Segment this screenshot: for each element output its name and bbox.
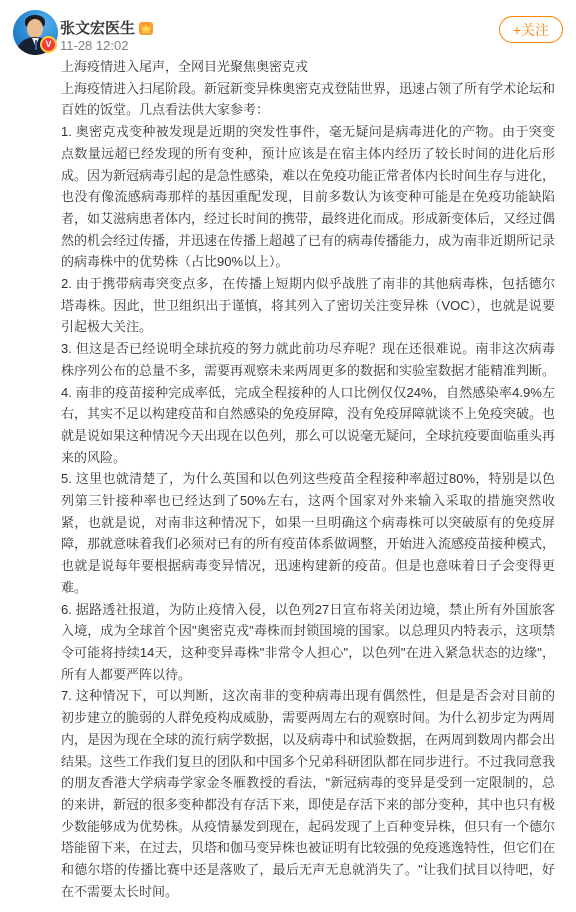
avatar[interactable]: V bbox=[13, 10, 58, 55]
post-title: 上海疫情进入尾声，全网目光聚焦奥密克戎 bbox=[61, 56, 555, 78]
weibo-post-card: V 张文宏医生 11-28 12:02 +关注 上海疫情进入尾声，全网目光聚焦奥… bbox=[0, 0, 576, 912]
post-point-5: 5. 这里也就清楚了，为什么英国和以色列这些疫苗全程接种率超过80%，特别是以色… bbox=[61, 468, 555, 598]
author-name[interactable]: 张文宏医生 bbox=[60, 17, 135, 38]
post-point-7: 7. 这种情况下，可以判断，这次南非的变种病毒出现有偶然性，但是是否会对目前的初… bbox=[61, 685, 555, 902]
post-body: 上海疫情进入尾声，全网目光聚焦奥密克戎 上海疫情进入扫尾阶段。新冠新变异株奥密克… bbox=[61, 56, 555, 902]
post-point-4: 4. 南非的疫苗接种完成率低，完成全程接种的人口比例仅仅24%，自然感染率4.9… bbox=[61, 382, 555, 469]
post-intro: 上海疫情进入扫尾阶段。新冠新变异株奥密克戎登陆世界，迅速占领了所有学术论坛和百姓… bbox=[61, 78, 555, 121]
post-point-3: 3. 但这是否已经说明全球抗疫的努力就此前功尽弃呢？现在还很难说。南非这次病毒株… bbox=[61, 338, 555, 381]
avatar-face bbox=[27, 19, 43, 38]
avatar-tie bbox=[35, 40, 37, 50]
post-point-6: 6. 据路透社报道，为防止疫情入侵，以色列27日宣布将关闭边境，禁止所有外国旅客… bbox=[61, 599, 555, 686]
post-point-1: 1. 奥密克戎变种被发现是近期的突发性事件，毫无疑问是病毒进化的产物。由于突变点… bbox=[61, 121, 555, 273]
crown-icon bbox=[138, 20, 154, 36]
verified-badge-icon: V bbox=[40, 36, 57, 53]
follow-button[interactable]: +关注 bbox=[499, 16, 563, 43]
post-point-2: 2. 由于携带病毒突变点多，在传播上短期内似乎战胜了南非的其他病毒株，包括德尔塔… bbox=[61, 273, 555, 338]
post-date: 11-28 12:02 bbox=[60, 38, 128, 53]
